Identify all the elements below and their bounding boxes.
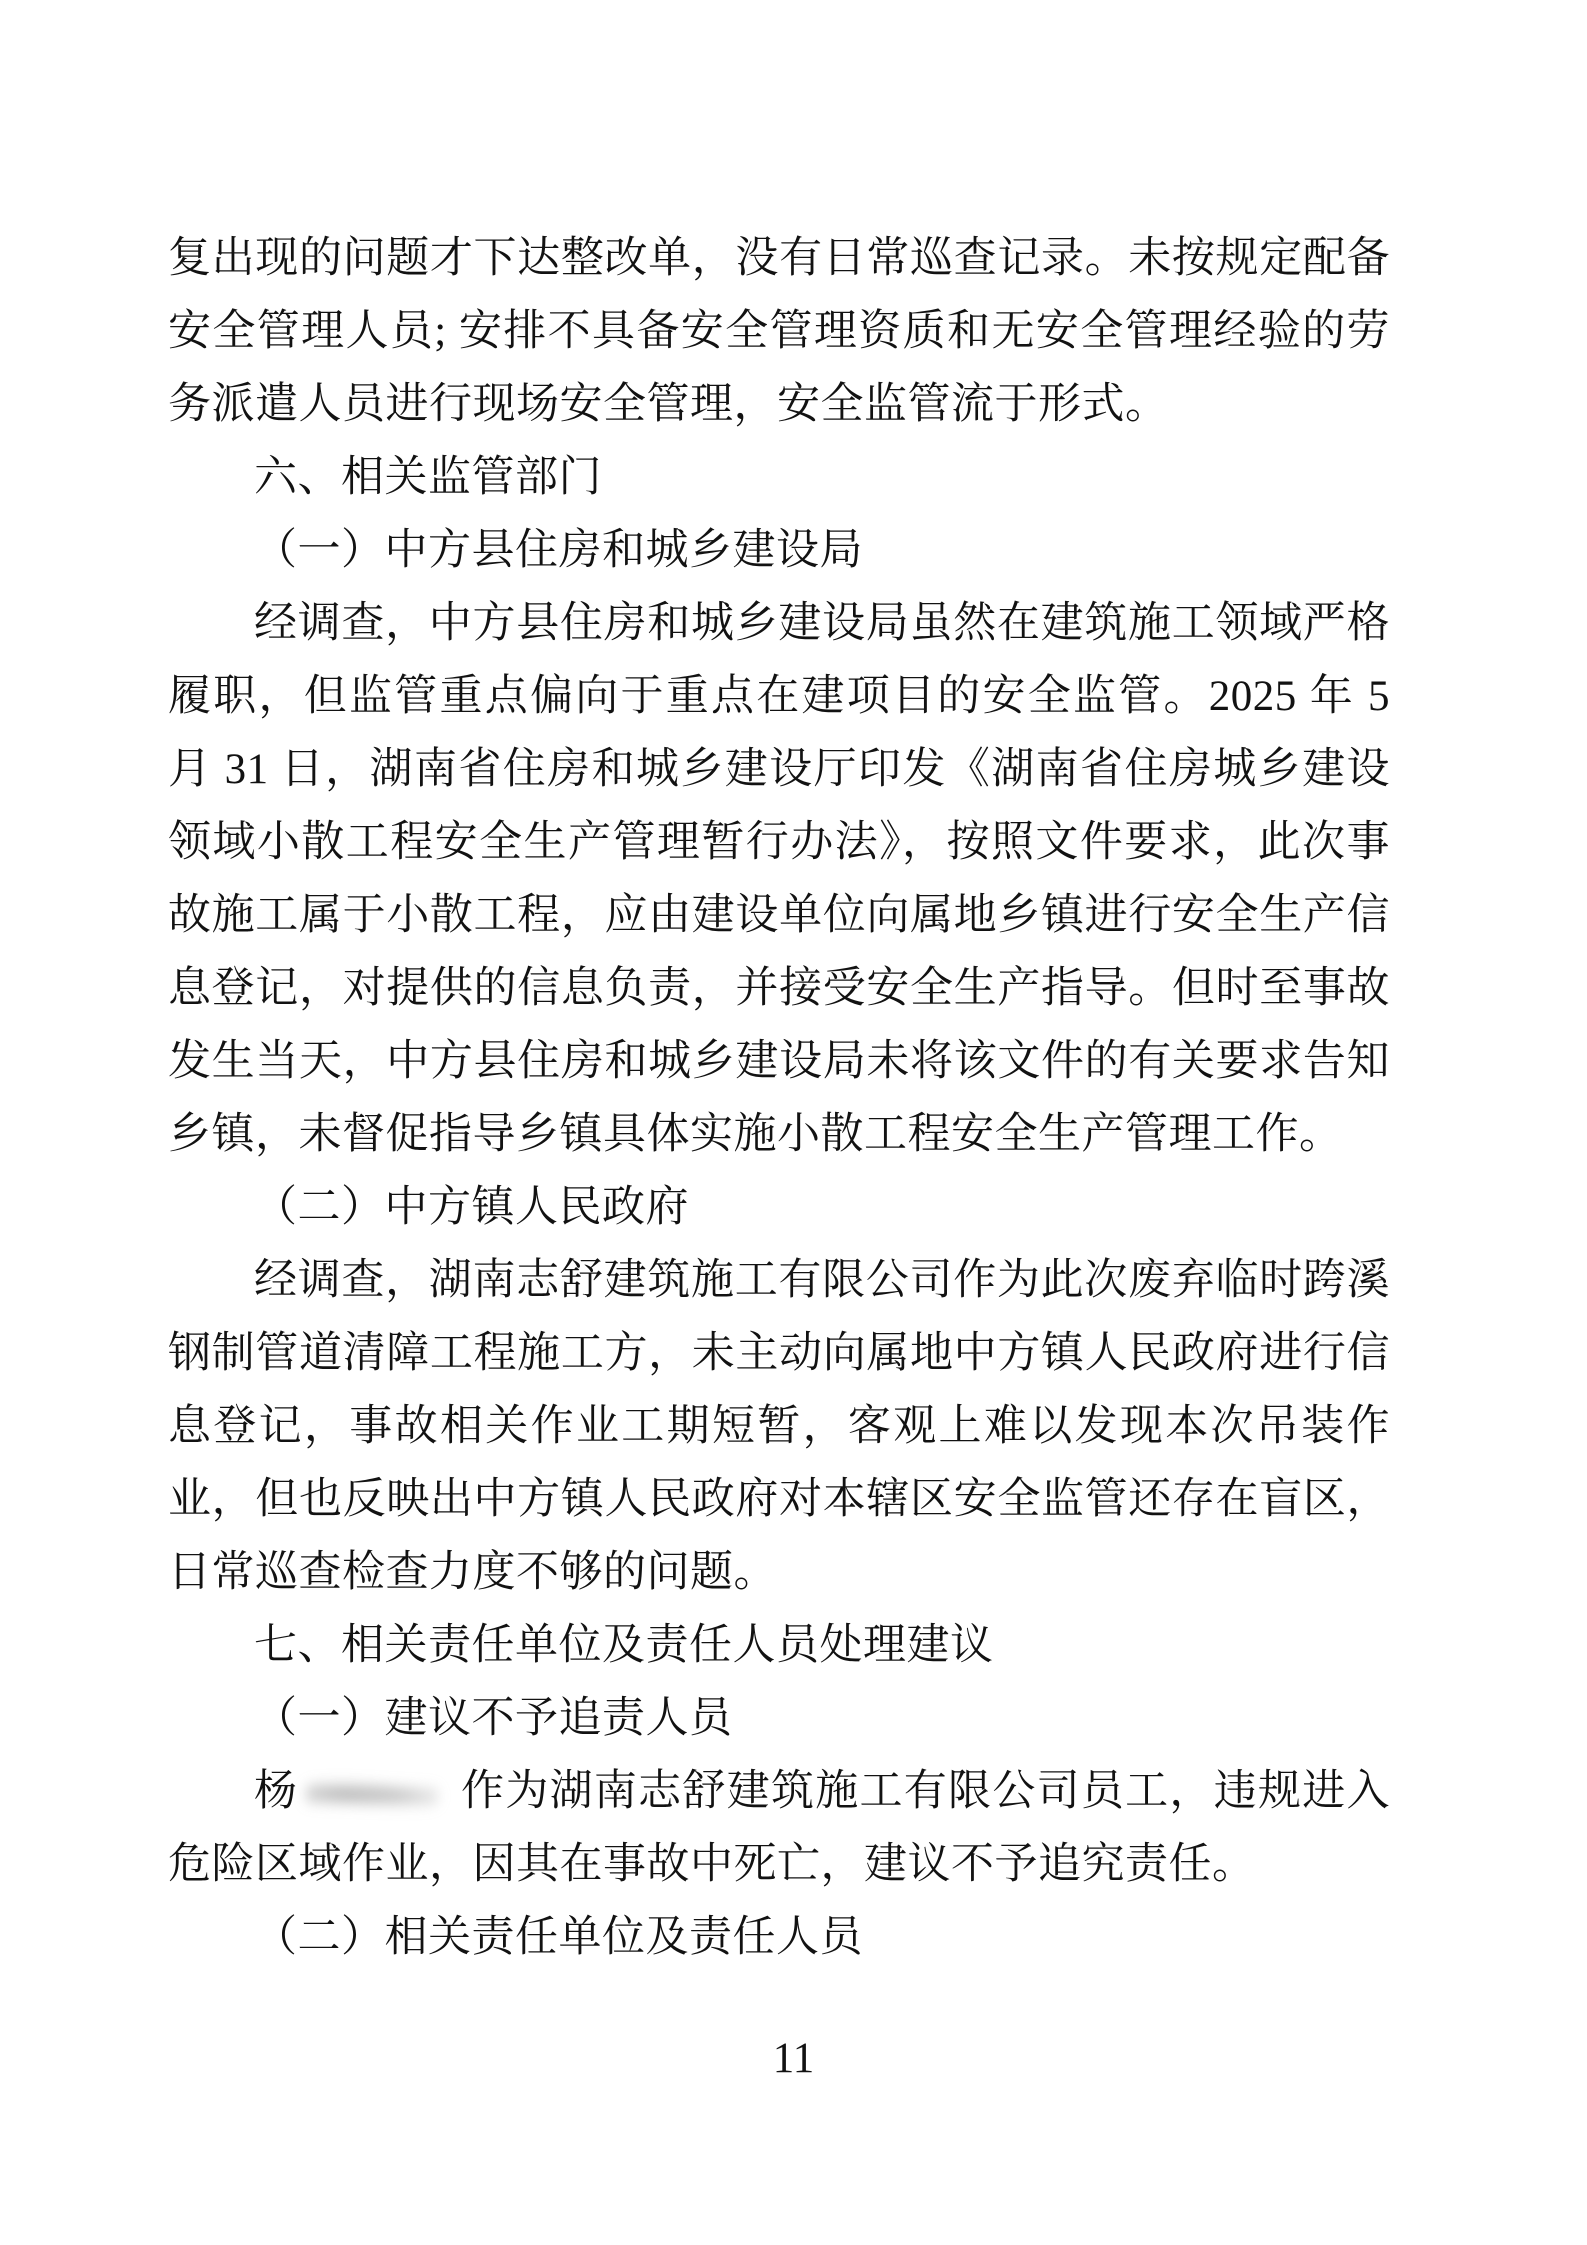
subsection-heading-7-1: （一）建议不予追责人员: [168, 1682, 1390, 1755]
paragraph-no-accountability: 杨作为湖南志舒建筑施工有限公司员工，违规进入危险区域作业，因其在事故中死亡，建议…: [168, 1755, 1390, 1901]
document-content: 复出现的问题才下达整改单，没有日常巡查记录。未按规定配备安全管理人员; 安排不具…: [168, 222, 1390, 1974]
subsection-heading-6-2: （二）中方镇人民政府: [168, 1171, 1390, 1244]
paragraph-continuation: 复出现的问题才下达整改单，没有日常巡查记录。未按规定配备安全管理人员; 安排不具…: [168, 222, 1390, 441]
document-page: 复出现的问题才下达整改单，没有日常巡查记录。未按规定配备安全管理人员; 安排不具…: [0, 0, 1587, 2245]
section-heading-6: 六、相关监管部门: [168, 441, 1390, 514]
paragraph-county-bureau: 经调查，中方县住房和城乡建设局虽然在建筑施工领域严格履职，但监管重点偏向于重点在…: [168, 587, 1390, 1171]
redacted-name-blur: [306, 1780, 438, 1810]
subsection-heading-7-2: （二）相关责任单位及责任人员: [168, 1901, 1390, 1974]
subsection-heading-6-1: （一）中方县住房和城乡建设局: [168, 514, 1390, 587]
victim-surname: 杨: [254, 1768, 298, 1815]
page-number: 11: [0, 2022, 1587, 2095]
paragraph-town-government: 经调查，湖南志舒建筑施工有限公司作为此次废弃临时跨溪钢制管道清障工程施工方，未主…: [168, 1244, 1390, 1609]
section-heading-7: 七、相关责任单位及责任人员处理建议: [168, 1609, 1390, 1682]
